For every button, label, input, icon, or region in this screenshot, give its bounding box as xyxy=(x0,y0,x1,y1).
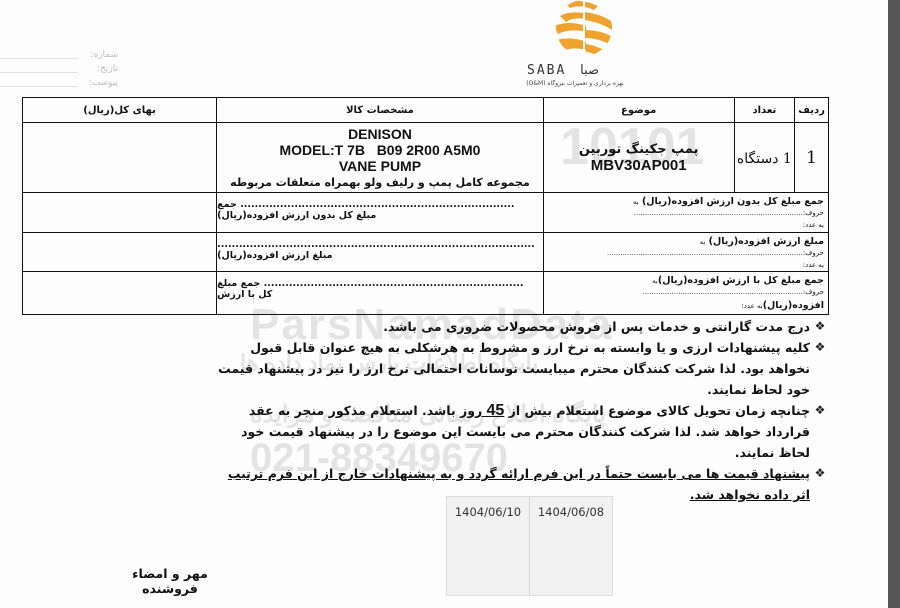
subtotal-value-cell[interactable] xyxy=(23,193,217,233)
field-attachment-label: پیوست: xyxy=(82,78,118,88)
delivery-days-value: 45 xyxy=(487,402,505,419)
note-currency: کلیه پیشنهادات ارزی و یا وابسته به نرخ ا… xyxy=(210,337,810,400)
note-delivery-days: 45 روز xyxy=(460,403,504,418)
spec-model: MODEL:T 7B B09 2R00 A5M0 xyxy=(217,142,543,158)
header-subject: موضوع xyxy=(543,98,734,123)
cell-subject: پمپ جکینگ توربین MBV30AP001 xyxy=(543,123,734,193)
field-number-label: شماره: xyxy=(82,50,118,60)
subtotal-spec-dots: ........................................… xyxy=(240,199,514,210)
table-header-row: ردیف تعداد موضوع مشخصات کالا بهای کل(ریا… xyxy=(23,98,829,123)
total-title: جمع مبلغ کل با ارزش افزوده(ریال) xyxy=(658,275,824,286)
total-value-cell[interactable] xyxy=(23,272,217,315)
field-date-label: تاریخ: xyxy=(82,64,118,74)
vat-label-cell: مبلغ ارزش افزوده(ریال) به حروف:.........… xyxy=(543,233,828,272)
summary-row-vat: مبلغ ارزش افزوده(ریال) به حروف:.........… xyxy=(23,233,829,272)
vertical-scrollbar[interactable] xyxy=(888,0,900,608)
field-attachment: پیوست: xyxy=(0,76,118,90)
total-dots: ........................................… xyxy=(643,288,803,296)
field-date-line xyxy=(0,65,78,73)
field-number: شماره: xyxy=(0,48,118,62)
total-spec-dots: ........................................… xyxy=(264,278,524,289)
subtotal-spec-cell: ........................................… xyxy=(217,193,544,233)
vat-in-digits-label: به عدد: xyxy=(548,261,824,269)
row-no-value: 1 xyxy=(806,148,817,168)
summary-row-subtotal: جمع مبلغ کل بدون ارزش افزوده(ریال) به حر… xyxy=(23,193,829,233)
spec-brand: DENISON xyxy=(217,126,543,142)
field-date: تاریخ: xyxy=(0,62,118,76)
vat-value-cell[interactable] xyxy=(23,233,217,272)
total-digits-prefix: افزوده(ریال) xyxy=(763,300,824,311)
header-specs: مشخصات کالا xyxy=(217,98,544,123)
subject-code: MBV30AP001 xyxy=(544,157,734,174)
list-item: ❖ چنانچه زمان تحویل کالای موضوع استعلام … xyxy=(210,400,830,463)
diamond-bullet-icon: ❖ xyxy=(810,400,830,421)
cell-total-price[interactable] xyxy=(23,123,217,193)
seller-signature-label: مهر و امضاء فروشنده xyxy=(110,566,230,596)
logo-persian: صبا xyxy=(580,63,599,78)
vat-spec-dots: ........................................… xyxy=(217,239,535,250)
date-deadline: 1404/06/10 xyxy=(447,497,530,595)
total-label-cell: جمع مبلغ کل با ارزش افزوده(ریال)به حروف:… xyxy=(543,272,828,315)
list-item: ❖ کلیه پیشنهادات ارزی و یا وابسته به نرخ… xyxy=(210,337,830,400)
qty-value: 1 دستگاه xyxy=(737,151,792,167)
subtotal-title: جمع مبلغ کل بدون ارزش افزوده(ریال) xyxy=(642,196,824,207)
cell-row-no: 1 xyxy=(795,123,829,193)
date-issued: 1404/06/08 xyxy=(530,497,612,595)
note-delivery-before: چنانچه زمان تحویل کالای موضوع استعلام بی… xyxy=(504,403,810,418)
vat-dots: ........................................… xyxy=(607,249,803,257)
field-number-line xyxy=(0,51,78,59)
note-delivery: چنانچه زمان تحویل کالای موضوع استعلام بی… xyxy=(210,400,810,463)
vat-title: مبلغ ارزش افزوده(ریال) xyxy=(709,236,824,247)
cell-specs: DENISON MODEL:T 7B B09 2R00 A5M0 VANE PU… xyxy=(217,123,544,193)
quote-table: ردیف تعداد موضوع مشخصات کالا بهای کل(ریا… xyxy=(22,97,829,315)
logo-subtitle: بهره برداری و تعمیرات نیروگاه (O&M) xyxy=(525,80,625,87)
logo-latin: SABA xyxy=(527,63,566,78)
table-row: 1 1 دستگاه پمپ جکینگ توربین MBV30AP001 D… xyxy=(23,123,829,193)
subject-persian: پمپ جکینگ توربین xyxy=(544,142,734,157)
note-warranty: درج مدت گارانتی و خدمات پس از فروش محصول… xyxy=(210,316,810,337)
header-total-price: بهای کل(ریال) xyxy=(23,98,217,123)
diamond-bullet-icon: ❖ xyxy=(810,463,830,484)
cell-qty: 1 دستگاه xyxy=(734,123,795,193)
header-qty: تعداد xyxy=(734,98,795,123)
summary-row-total: جمع مبلغ کل با ارزش افزوده(ریال)به حروف:… xyxy=(23,272,829,315)
subtotal-label-cell: جمع مبلغ کل بدون ارزش افزوده(ریال) به حر… xyxy=(543,193,828,233)
logo-wordmark: SABA صبا xyxy=(527,63,599,78)
letter-header-fields: شماره: تاریخ: پیوست: xyxy=(0,48,118,90)
total-in-digits-label: به عدد: xyxy=(741,302,762,310)
header-row-no: ردیف xyxy=(795,98,829,123)
list-item: ❖ درج مدت گارانتی و خدمات پس از فروش محص… xyxy=(210,316,830,337)
spec-type: VANE PUMP xyxy=(217,158,543,174)
vat-spec-label: مبلغ ارزش افزوده(ریال) xyxy=(217,250,332,261)
vat-spec-cell: ........................................… xyxy=(217,233,544,272)
document-page: 10101 ParsNamadData پایگاه اطلاعات پارس … xyxy=(0,0,888,608)
subtotal-in-digits-label: به عدد: xyxy=(548,221,824,229)
total-spec-cell: ........................................… xyxy=(217,272,544,315)
subtotal-dots: ........................................… xyxy=(634,209,803,217)
terms-list: ❖ درج مدت گارانتی و خدمات پس از فروش محص… xyxy=(210,316,830,505)
field-attachment-line xyxy=(0,79,78,87)
spec-description: مجموعه کامل پمپ و رلیف ولو بهمراه متعلقا… xyxy=(217,176,543,189)
diamond-bullet-icon: ❖ xyxy=(810,316,830,337)
diamond-bullet-icon: ❖ xyxy=(810,337,830,358)
delivery-days-unit: روز xyxy=(460,403,487,418)
date-boxes: 1404/06/10 1404/06/08 xyxy=(446,496,613,596)
